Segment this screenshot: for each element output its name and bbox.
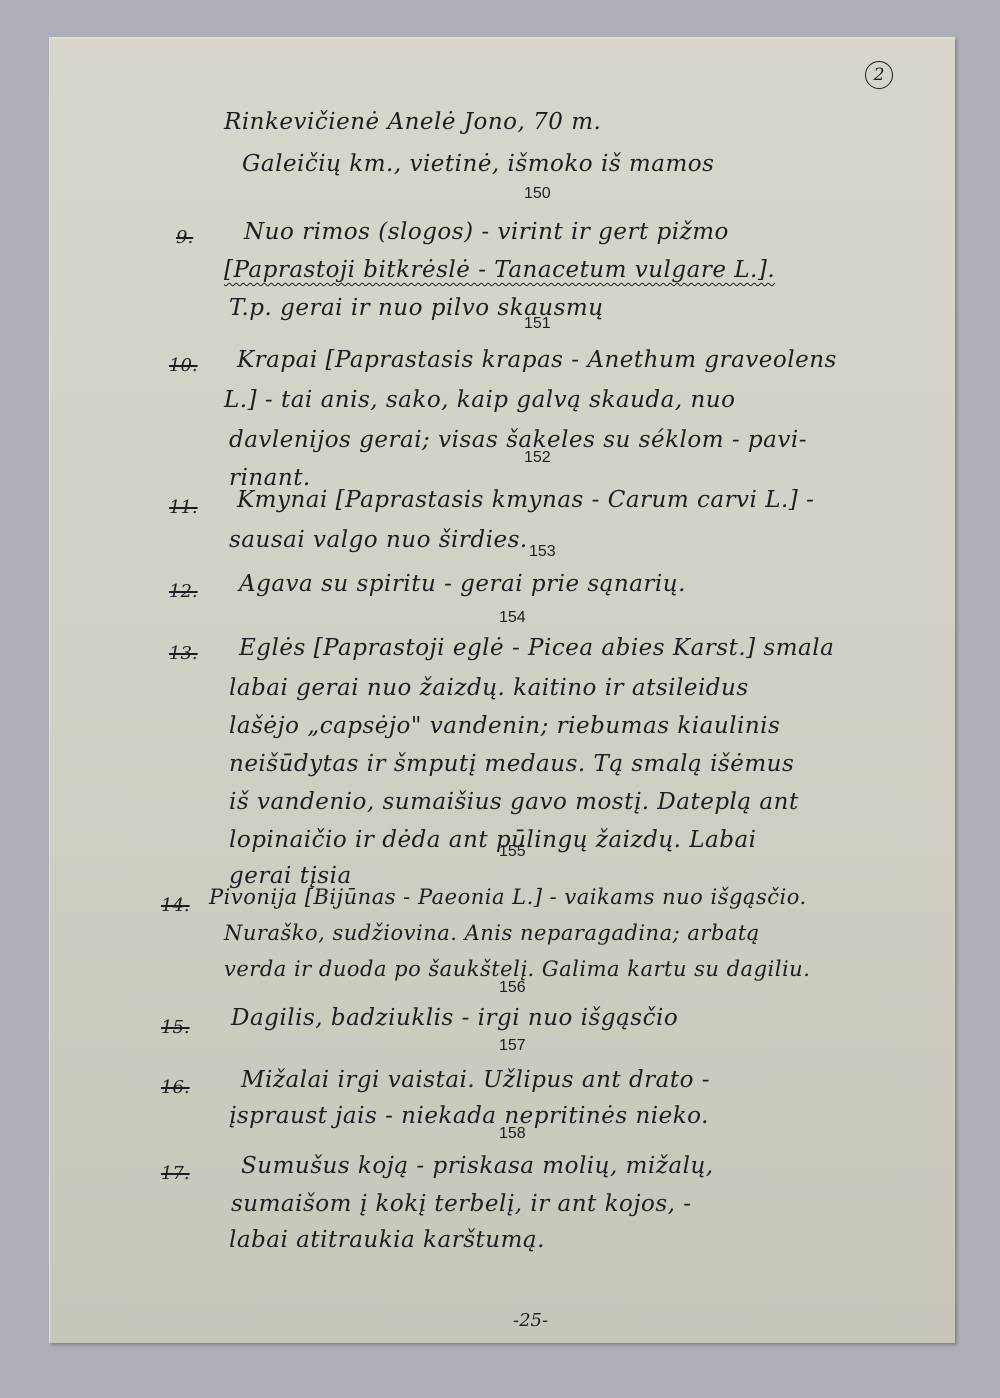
- entry-line: lopinaičio ir dėda ant pūlingų žaizdų. L…: [229, 827, 757, 853]
- entry-line: L.] - tai anis, sako, kaip galvą skauda,…: [224, 387, 735, 413]
- entry-line: Eglės [Paprastoji eglė - Picea abies Kar…: [239, 635, 834, 661]
- ref-number: 157: [499, 1037, 526, 1055]
- entry-line: Pivonija [Bijūnas - Paeonia L.] - vaikam…: [209, 885, 807, 909]
- entry-line: įspraust jais - niekada nepritinės nieko…: [229, 1103, 709, 1129]
- entry-line: iš vandenio, sumaišius gavo mostį. Datep…: [229, 789, 799, 815]
- item-number-struck: 13.: [169, 643, 198, 664]
- item-number-struck: 9.: [176, 227, 193, 248]
- item-number-struck: 14.: [161, 895, 190, 916]
- informant-line: Rinkevičienė Anelė Jono, 70 m.: [224, 109, 601, 135]
- entry-line: Mižalai irgi vaistai. Užlipus ant drato …: [241, 1067, 710, 1093]
- entry-line: labai gerai nuo žaizdų. kaitino ir atsil…: [229, 675, 749, 701]
- entry-line: sumaišom į kokį terbelį, ir ant kojos, -: [231, 1191, 692, 1217]
- entry-line: neišūdytas ir šmputį medaus. Tą smalą iš…: [229, 751, 794, 777]
- entry-line: lašėjo „capsėjo" vandenin; riebumas kiau…: [229, 713, 780, 739]
- entry-line: Nuo rimos (slogos) - virint ir gert pižm…: [244, 219, 729, 245]
- page-number: -25-: [513, 1310, 548, 1331]
- entry-line: sausai valgo nuo širdies.: [229, 527, 528, 553]
- entry-line: Krapai [Paprastasis krapas - Anethum gra…: [237, 347, 837, 373]
- ref-number: 152: [524, 449, 551, 467]
- item-number-struck: 12.: [169, 581, 198, 602]
- entry-line: verda ir duoda po šaukštelį. Galima kart…: [224, 957, 810, 981]
- item-number-struck: 15.: [161, 1017, 190, 1038]
- entry-line: Nuraško, sudžiovina. Anis neparagadina; …: [224, 921, 760, 945]
- ref-number: 156: [499, 979, 526, 997]
- entry-line: davlenijos gerai; visas šakeles su séklo…: [229, 427, 807, 453]
- ref-number: 158: [499, 1125, 526, 1143]
- entry-line: [Paprastoji bitkrėslė - Tanacetum vulgar…: [224, 257, 775, 283]
- ref-number: 154: [499, 609, 526, 627]
- entry-line: labai atitraukia karštumą.: [229, 1227, 545, 1253]
- entry-line: Agava su spiritu - gerai prie sąnarių.: [239, 571, 686, 597]
- item-number-struck: 10.: [169, 355, 198, 376]
- ref-number: 153: [529, 543, 556, 561]
- item-number-struck: 11.: [169, 497, 198, 518]
- manuscript-page: 2 Rinkevičienė Anelė Jono, 70 m. Galeiči…: [49, 37, 955, 1343]
- entry-line: Kmynai [Paprastasis kmynas - Carum carvi…: [237, 487, 814, 513]
- origin-line: Galeičių km., vietinė, išmoko iš mamos: [242, 151, 714, 177]
- entry-line: Sumušus koją - priskasa molių, mižalų,: [241, 1153, 714, 1179]
- ref-number: 151: [524, 315, 551, 333]
- item-number-struck: 17.: [161, 1163, 190, 1184]
- ref-number: 155: [499, 843, 526, 861]
- entry-line: Dagilis, badziuklis - irgi nuo išgąsčio: [231, 1005, 678, 1031]
- ref-number: 150: [524, 185, 551, 203]
- page-marker-circled: 2: [865, 61, 893, 89]
- item-number-struck: 16.: [161, 1077, 190, 1098]
